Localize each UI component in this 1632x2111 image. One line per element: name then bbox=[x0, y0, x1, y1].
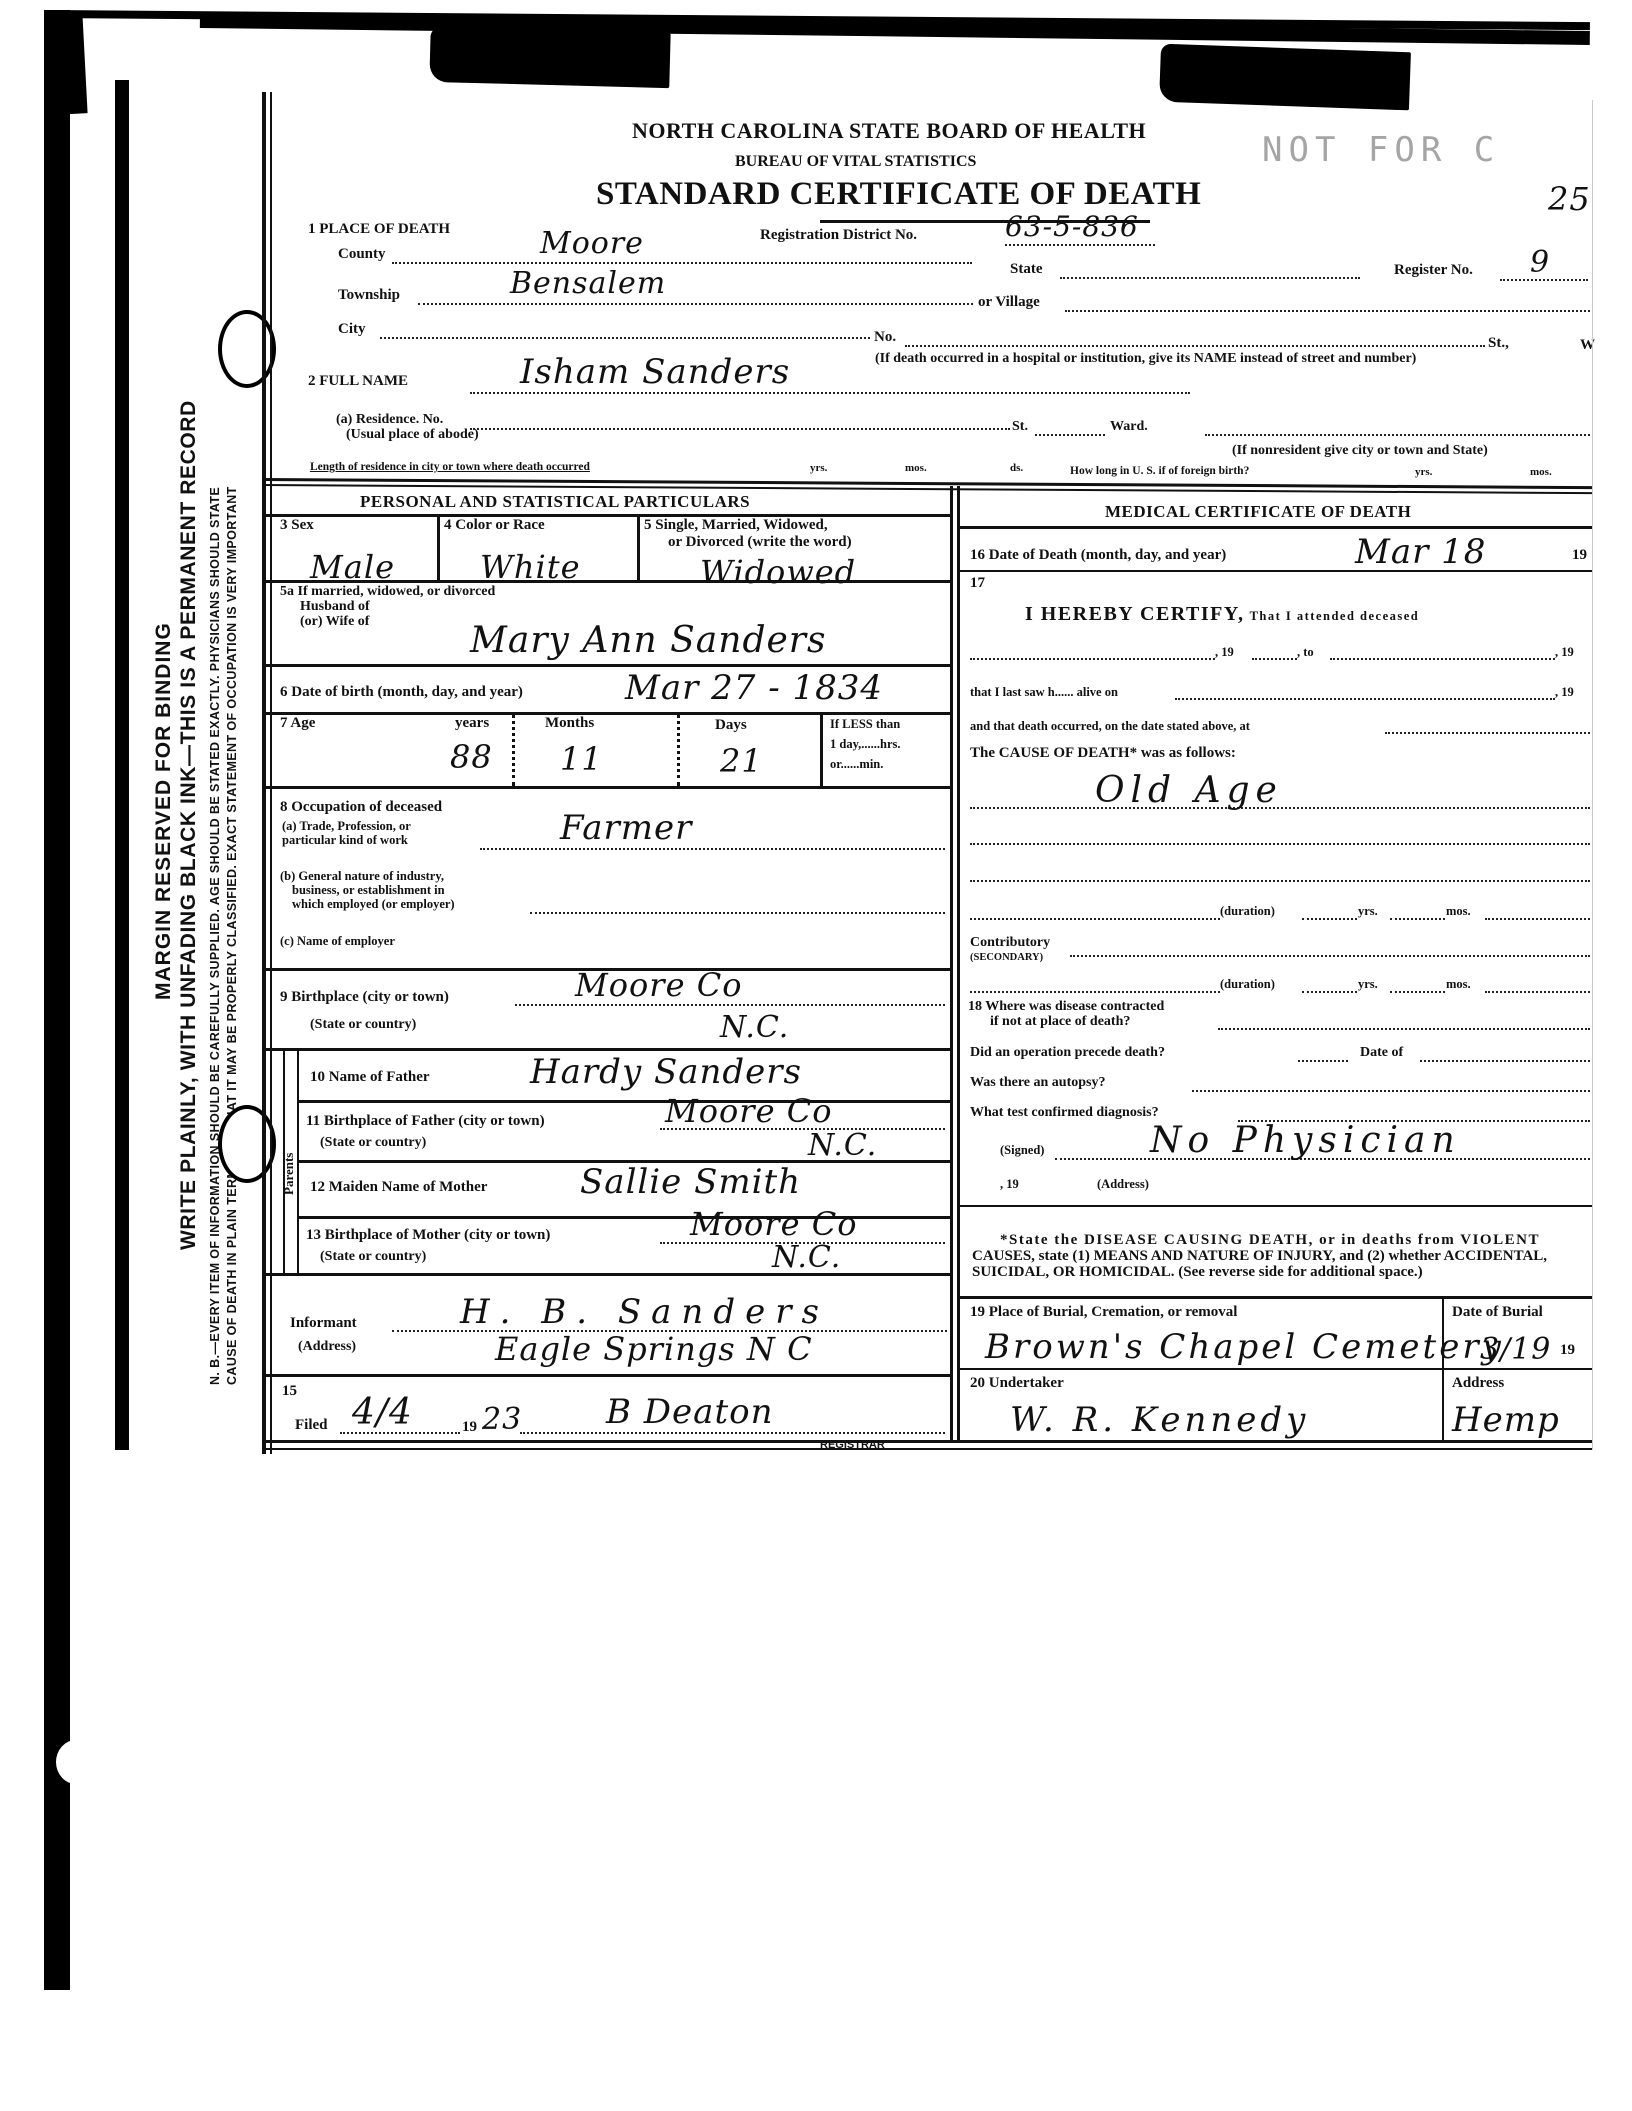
city-label: City bbox=[338, 322, 366, 338]
trade-label-1: (a) Trade, Profession, or bbox=[282, 820, 411, 833]
contributory-mos: mos. bbox=[1446, 978, 1471, 991]
informant-address-label: (Address) bbox=[298, 1340, 356, 1355]
foreign-birth-label: How long in U. S. if of foreign birth? bbox=[1070, 465, 1249, 477]
cause-duration-yrs-line[interactable] bbox=[1302, 918, 1357, 920]
age-years-value: 88 bbox=[450, 738, 493, 776]
redaction-block-right bbox=[1159, 44, 1411, 111]
informant-value: H. B. Sanders bbox=[460, 1292, 829, 1332]
spouse-label-2: Husband of bbox=[300, 600, 370, 615]
burial-date-label: Date of Burial bbox=[1452, 1305, 1543, 1321]
dod-label: 16 Date of Death (month, day, and year) bbox=[970, 548, 1226, 564]
dob-value: Mar 27 - 1834 bbox=[625, 668, 883, 708]
less-than-label-3: or......min. bbox=[830, 758, 883, 771]
cause-duration-ds-line[interactable] bbox=[1485, 918, 1590, 920]
contributory-yrs: yrs. bbox=[1358, 978, 1378, 991]
spouse-label-3: (or) Wife of bbox=[300, 615, 369, 630]
row-divider-6 bbox=[266, 1048, 950, 1051]
cause-duration-mos: mos. bbox=[1446, 905, 1471, 918]
not-for-stamp: NOT FOR C bbox=[1262, 130, 1500, 170]
foreign-yrs: yrs. bbox=[1415, 467, 1432, 479]
industry-label-3: which employed (or employer) bbox=[292, 898, 455, 911]
dob-label: 6 Date of birth (month, day, and year) bbox=[280, 685, 523, 701]
attended-to-label: , to bbox=[1297, 646, 1314, 659]
father-state-value: N.C. bbox=[808, 1128, 877, 1163]
age-days-value: 21 bbox=[720, 742, 763, 780]
contracted-field-line[interactable] bbox=[1218, 1028, 1590, 1030]
cause-duration-mos-line[interactable] bbox=[1390, 918, 1445, 920]
binding-tab bbox=[52, 13, 87, 114]
father-name-label: 10 Name of Father bbox=[310, 1070, 430, 1086]
contributory-field-line[interactable] bbox=[1070, 955, 1590, 957]
industry-label-1: (b) General nature of industry, bbox=[280, 870, 444, 883]
attended-to-19: , 19 bbox=[1555, 646, 1574, 659]
cause-duration-line[interactable] bbox=[970, 918, 1220, 920]
footnote-line-2: CAUSES, state (1) MEANS AND NATURE OF IN… bbox=[972, 1248, 1547, 1265]
medical-header-divider bbox=[960, 526, 1592, 529]
contributory-duration-label: (duration) bbox=[1220, 978, 1275, 991]
form-left-border-inner bbox=[270, 92, 272, 1454]
med-row-divider-2 bbox=[960, 1205, 1592, 1207]
filed-year-prefix: 19 bbox=[462, 1420, 477, 1436]
marital-label-1: 5 Single, Married, Widowed, bbox=[644, 518, 828, 534]
birth-state-label: (State or country) bbox=[310, 1018, 416, 1033]
punch-hole-top bbox=[218, 310, 276, 388]
med-row-divider-1 bbox=[960, 570, 1592, 572]
certify-rest-text: That I attended deceased bbox=[1250, 609, 1420, 623]
form-right-edge bbox=[1592, 100, 1593, 1450]
father-state-label: (State or country) bbox=[320, 1136, 426, 1151]
med-row-divider-3 bbox=[960, 1296, 1592, 1299]
nonresident-field-line[interactable] bbox=[1205, 434, 1590, 436]
operation-date-field-line[interactable] bbox=[1420, 1060, 1590, 1062]
attended-from-19: , 19 bbox=[1215, 646, 1234, 659]
page-number: 25 bbox=[1548, 180, 1591, 218]
row-divider-7 bbox=[299, 1100, 950, 1103]
med-row-divider-4 bbox=[960, 1368, 1592, 1370]
informant-address-value: Eagle Springs N C bbox=[495, 1330, 813, 1368]
birthplace-value: Moore Co bbox=[575, 966, 742, 1004]
parents-label: Parents bbox=[281, 1153, 297, 1195]
left-margin-bar bbox=[115, 80, 129, 1450]
father-birthplace-value: Moore Co bbox=[665, 1092, 832, 1130]
undertaker-label: 20 Undertaker bbox=[970, 1376, 1064, 1392]
contributory-label: Contributory bbox=[970, 936, 1050, 951]
street-no-field-line[interactable] bbox=[905, 345, 1485, 347]
age-divider-2 bbox=[677, 714, 680, 786]
test-label: What test confirmed diagnosis? bbox=[970, 1106, 1159, 1121]
certificate-title: STANDARD CERTIFICATE OF DEATH bbox=[596, 176, 1201, 213]
less-than-label-2: 1 day,......hrs. bbox=[830, 738, 901, 751]
burial-place-label: 19 Place of Burial, Cremation, or remova… bbox=[970, 1305, 1237, 1321]
county-field-line[interactable] bbox=[392, 262, 972, 264]
signed-label: (Signed) bbox=[1000, 1144, 1044, 1157]
informant-label: Informant bbox=[290, 1316, 357, 1332]
mother-birthplace-label: 13 Birthplace of Mother (city or town) bbox=[306, 1228, 550, 1244]
row-divider-10 bbox=[266, 1273, 950, 1276]
contributory-mos-line[interactable] bbox=[1390, 991, 1445, 993]
registrar-field-line[interactable] bbox=[520, 1432, 945, 1434]
row-divider-11 bbox=[266, 1374, 950, 1377]
margin-binding-text: MARGIN RESERVED FOR BINDING bbox=[152, 622, 176, 1000]
secondary-label: (SECONDARY) bbox=[970, 952, 1043, 963]
footnote-line-3: SUICIDAL, OR HOMICIDAL. (See reverse sid… bbox=[972, 1264, 1423, 1281]
signed-value: No Physician bbox=[1150, 1120, 1461, 1161]
margin-write-plainly-text: WRITE PLAINLY, WITH UNFADING BLACK INK—T… bbox=[177, 250, 201, 1250]
state-field-line[interactable] bbox=[1060, 277, 1360, 279]
mother-birthplace-value: Moore Co bbox=[690, 1205, 857, 1243]
ward-field-line[interactable] bbox=[1035, 434, 1105, 436]
undertaker-value: W. R. Kennedy bbox=[1010, 1400, 1309, 1440]
residence-yrs: yrs. bbox=[810, 463, 827, 475]
nonresident-note: (If nonresident give city or town and St… bbox=[1232, 444, 1488, 459]
row-divider-1 bbox=[266, 580, 950, 583]
binding-edge-bar bbox=[44, 10, 70, 1990]
personal-header-divider bbox=[266, 514, 950, 517]
bureau-title: BUREAU OF VITAL STATISTICS bbox=[735, 153, 976, 171]
form-left-border bbox=[262, 92, 266, 1454]
marital-value: Widowed bbox=[700, 553, 856, 591]
row-divider-3 bbox=[266, 712, 950, 715]
marital-label-2: or Divorced (write the word) bbox=[668, 535, 852, 551]
margin-nb-line2: CAUSE OF DEATH IN PLAIN TERMS, SO THAT I… bbox=[225, 486, 239, 1385]
contributory-duration-line[interactable] bbox=[970, 991, 1220, 993]
hospital-note: (If death occurred in a hospital or inst… bbox=[875, 352, 1416, 367]
last-saw-field-line[interactable] bbox=[1175, 698, 1555, 700]
contracted-label-2: if not at place of death? bbox=[990, 1015, 1130, 1030]
margin-nb-line1: N. B.—EVERY ITEM OF INFORMATION SHOULD B… bbox=[208, 487, 222, 1385]
last-saw-19: , 19 bbox=[1555, 686, 1574, 699]
trade-label-2: particular kind of work bbox=[282, 834, 408, 847]
industry-label-2: business, or establishment in bbox=[292, 884, 445, 897]
column-divider bbox=[950, 486, 953, 1441]
residence-length-label: Length of residence in city or town wher… bbox=[310, 461, 590, 473]
register-no-label: Register No. bbox=[1394, 263, 1473, 279]
sex-label: 3 Sex bbox=[280, 518, 314, 534]
row-divider-2 bbox=[266, 664, 950, 667]
no-label: No. bbox=[874, 330, 896, 346]
signed-address-label: (Address) bbox=[1097, 1178, 1149, 1191]
reg-district-field-line[interactable] bbox=[1005, 244, 1155, 246]
contributory-yrs-line[interactable] bbox=[1302, 991, 1357, 993]
age-divider-1 bbox=[512, 714, 515, 786]
register-no-value: 9 bbox=[1530, 245, 1550, 280]
death-occurred-label: and that death occurred, on the date sta… bbox=[970, 720, 1250, 733]
cause-duration-yrs: yrs. bbox=[1358, 905, 1378, 918]
dod-year-prefix: 19 bbox=[1572, 548, 1587, 564]
full-name-value: Isham Sanders bbox=[520, 352, 790, 392]
full-name-field-line[interactable] bbox=[470, 392, 1190, 394]
trade-value: Farmer bbox=[560, 808, 692, 848]
village-field-line[interactable] bbox=[1065, 310, 1590, 312]
sex-race-divider bbox=[437, 514, 440, 580]
filed-label: Filed bbox=[295, 1418, 328, 1434]
reg-district-label: Registration District No. bbox=[760, 228, 917, 244]
village-label: or Village bbox=[978, 295, 1040, 311]
father-birthplace-label: 11 Birthplace of Father (city or town) bbox=[306, 1114, 545, 1130]
item-17-label: 17 bbox=[970, 576, 985, 592]
age-divider-3 bbox=[820, 714, 823, 786]
operation-field-line[interactable] bbox=[1298, 1060, 1348, 1062]
county-label: County bbox=[338, 247, 386, 263]
medical-section-header: MEDICAL CERTIFICATE OF DEATH bbox=[1105, 502, 1411, 522]
state-label: State bbox=[1010, 262, 1043, 278]
birthplace-field-line[interactable] bbox=[515, 1004, 945, 1006]
last-saw-label: that I last saw h...... alive on bbox=[970, 686, 1118, 699]
county-value: Moore bbox=[540, 226, 644, 261]
race-label: 4 Color or Race bbox=[444, 518, 545, 534]
burial-year-prefix: 19 bbox=[1560, 1343, 1575, 1359]
registrar-signature: B Deaton bbox=[606, 1392, 773, 1432]
mother-state-label: (State or country) bbox=[320, 1250, 426, 1265]
mother-name-value: Sallie Smith bbox=[580, 1162, 801, 1202]
place-of-death-label: 1 PLACE OF DEATH bbox=[308, 222, 450, 238]
residence-field-line[interactable] bbox=[470, 428, 1010, 430]
birthplace-label: 9 Birthplace (city or town) bbox=[280, 990, 449, 1006]
agency-title: NORTH CAROLINA STATE BOARD OF HEALTH bbox=[632, 118, 1146, 144]
contracted-label-1: 18 Where was disease contracted bbox=[968, 1000, 1164, 1015]
burial-place-value: Brown's Chapel Cemetery bbox=[985, 1327, 1504, 1367]
operation-label: Did an operation precede death? bbox=[970, 1046, 1165, 1061]
undertaker-address-value: Hemp bbox=[1452, 1400, 1560, 1440]
father-name-value: Hardy Sanders bbox=[530, 1052, 802, 1092]
occupation-label: 8 Occupation of deceased bbox=[280, 800, 442, 816]
age-label: 7 Age bbox=[280, 716, 315, 732]
residence-mos: mos. bbox=[905, 463, 927, 475]
residence-sub-label: (Usual place of abode) bbox=[346, 428, 479, 443]
death-occurred-field-line[interactable] bbox=[1385, 732, 1590, 734]
city-field-line[interactable] bbox=[380, 337, 870, 339]
form-bottom-border bbox=[262, 1440, 1592, 1443]
township-value: Bensalem bbox=[510, 266, 666, 301]
cause-of-death-value: Old Age bbox=[1095, 770, 1283, 811]
residence-st-label: St. bbox=[1012, 420, 1028, 435]
certify-big-text: I HEREBY CERTIFY, bbox=[1025, 603, 1244, 625]
attended-from-field-line[interactable] bbox=[970, 658, 1215, 660]
attended-from-year-line[interactable] bbox=[1252, 658, 1297, 660]
contributory-ds-line[interactable] bbox=[1485, 991, 1590, 993]
filed-date-value: 4/4 bbox=[352, 1392, 413, 1433]
foreign-mos: mos. bbox=[1530, 467, 1552, 479]
spouse-value: Mary Ann Sanders bbox=[470, 620, 826, 661]
days-label: Days bbox=[715, 718, 747, 734]
months-label: Months bbox=[545, 716, 594, 732]
cause-line-2[interactable] bbox=[970, 843, 1590, 845]
spouse-label-1: 5a If married, widowed, or divorced bbox=[280, 585, 495, 600]
form-bottom-border-2 bbox=[262, 1448, 1592, 1450]
dod-value: Mar 18 bbox=[1355, 532, 1486, 572]
full-name-label: 2 FULL NAME bbox=[308, 374, 408, 390]
personal-section-header: PERSONAL AND STATISTICAL PARTICULARS bbox=[360, 492, 750, 512]
less-than-label-1: If LESS than bbox=[830, 718, 900, 731]
trade-field-line[interactable] bbox=[480, 848, 945, 850]
cause-of-death-label: The CAUSE OF DEATH* was as follows: bbox=[970, 746, 1236, 762]
filed-year-value: 23 bbox=[482, 1402, 522, 1437]
redaction-block-left bbox=[429, 27, 670, 88]
cause-line-3[interactable] bbox=[970, 880, 1590, 882]
industry-field-line[interactable] bbox=[530, 912, 945, 914]
employer-label: (c) Name of employer bbox=[280, 935, 395, 948]
binding-hole bbox=[56, 1740, 96, 1784]
township-label: Township bbox=[338, 288, 400, 304]
punch-hole-bottom bbox=[218, 1105, 276, 1183]
residence-label: (a) Residence. No. bbox=[336, 413, 443, 428]
filed-number: 15 bbox=[282, 1384, 297, 1400]
registrar-label: REGISTRAR bbox=[820, 1440, 885, 1452]
autopsy-label: Was there an autopsy? bbox=[970, 1076, 1105, 1091]
undertaker-address-label: Address bbox=[1452, 1376, 1504, 1392]
ward-label: Ward. bbox=[1110, 420, 1148, 435]
burial-date-value: 3/19 bbox=[1480, 1332, 1551, 1367]
row-divider-4 bbox=[266, 786, 950, 789]
birth-state-value: N.C. bbox=[720, 1010, 789, 1045]
attended-to-field-line[interactable] bbox=[1330, 658, 1555, 660]
age-months-value: 11 bbox=[560, 740, 603, 778]
township-field-line[interactable] bbox=[418, 303, 973, 305]
certify-statement: I HEREBY CERTIFY, That I attended deceas… bbox=[1025, 604, 1419, 625]
race-marital-divider bbox=[637, 514, 640, 580]
mother-name-label: 12 Maiden Name of Mother bbox=[310, 1180, 487, 1196]
autopsy-field-line[interactable] bbox=[1192, 1090, 1590, 1092]
st-label: St., bbox=[1488, 336, 1509, 352]
years-label: years bbox=[455, 716, 489, 732]
footnote-line-1: *State the DISEASE CAUSING DEATH, or in … bbox=[1000, 1232, 1540, 1249]
cause-duration-label: (duration) bbox=[1220, 905, 1275, 918]
operation-date-label: Date of bbox=[1360, 1046, 1403, 1061]
signed-year-19: , 19 bbox=[1000, 1178, 1019, 1191]
residence-ds: ds. bbox=[1010, 463, 1023, 475]
mother-state-value: N.C. bbox=[772, 1240, 841, 1275]
reg-district-value: 63-5-836 bbox=[1005, 210, 1139, 243]
